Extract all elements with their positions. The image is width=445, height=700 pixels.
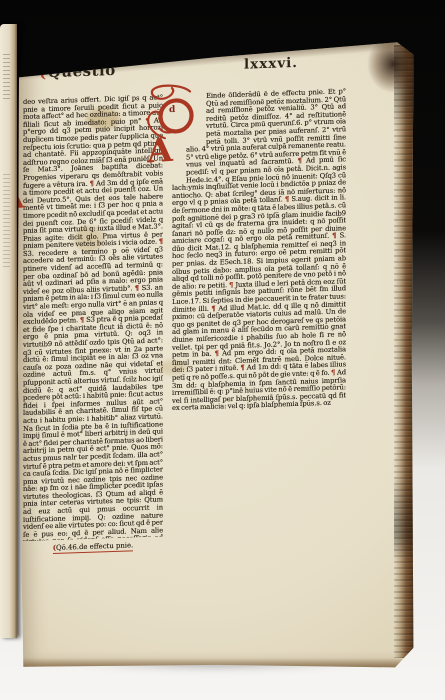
folio-number: lxxxvi. (244, 55, 298, 73)
text-column-right: Einde ōſiderādū ē de effectu pnie. Et p°… (172, 88, 346, 562)
guide-letter: d (169, 105, 175, 115)
text-columns: deo veſtra arius offert. Dic igiſ ps q a… (23, 88, 363, 567)
fore-edge-pages (394, 45, 415, 658)
catchword-text: Qō.46.de effectu pnie. (56, 541, 133, 552)
photograph-background: ŏside (Questio lxxxvi. deo veſtra arius … (0, 0, 445, 700)
book-page: ŏside (Questio lxxxvi. deo veſtra arius … (17, 41, 415, 668)
burned-top-right-corner (367, 35, 419, 93)
running-header: (Questio lxxxvi. (23, 51, 346, 86)
page-content: (Questio lxxxvi. deo veſtra arius offert… (23, 51, 363, 567)
underlying-page-edge (0, 24, 17, 638)
header-title-text: Questio (48, 61, 116, 81)
initial-letter: A (146, 132, 181, 167)
lombard-initial-A-gutter: A (147, 133, 181, 194)
text-column-left: deo veſtra arius offert. Dic igiſ ps q a… (23, 94, 163, 541)
sliver-text-specks (3, 54, 10, 100)
sliver-text-specks (3, 174, 10, 270)
rubric-paragraph-mark: ( (39, 63, 47, 81)
header-title: (Questio (39, 61, 116, 82)
